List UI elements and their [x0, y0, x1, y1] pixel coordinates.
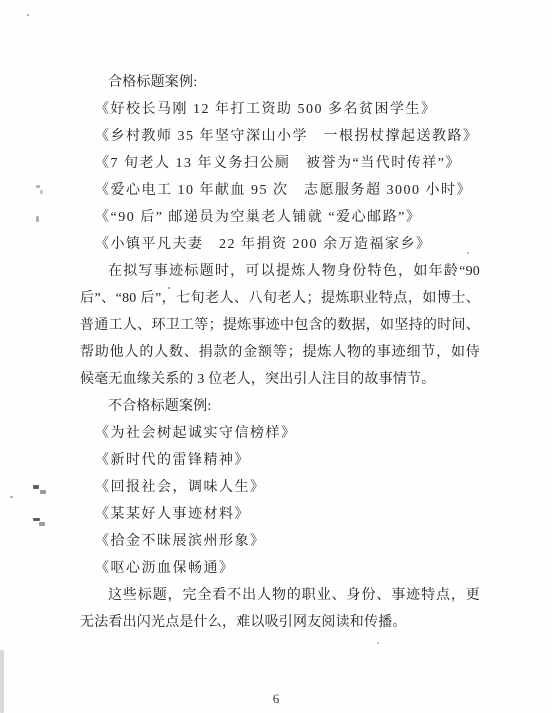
scan-speckle: [27, 14, 29, 16]
scan-speckle: [0, 650, 4, 713]
qualified-example-title-2: 《乡村教师 35 年坚守深山小学 一根拐杖撑起送教路》: [80, 123, 480, 150]
qualified-example-title-3: 《7 旬老人 13 年义务扫公厕 被誉为“当代时传祥”》: [80, 150, 480, 177]
heading-unqualified-title-examples: 不合格标题案例:: [80, 393, 480, 420]
closing-paragraph-line-2: 无法看出闪光点是什么，难以吸引网友阅读和传播。: [80, 609, 480, 636]
unqualified-example-title-5: 《拾金不昧展滨州形象》: [80, 528, 480, 555]
closing-paragraph-line-1: 这些标题，完全看不出人物的职业、身份、事迹特点，更: [80, 582, 480, 609]
scan-speckle: [40, 490, 46, 494]
qualified-example-title-6: 《小镇平凡夫妻 22 年捐资 200 余万造福家乡》: [80, 231, 480, 258]
unqualified-example-title-6: 《呕心沥血保畅通》: [80, 555, 480, 582]
scan-speckle: [10, 496, 13, 498]
scan-speckle: [168, 287, 170, 289]
document-text-block: 合格标题案例: 《好校长马刚 12 年打工资助 500 多名贫困学生》 《乡村教…: [80, 69, 480, 636]
scan-speckle: [33, 518, 40, 521]
scan-speckle: [40, 190, 43, 194]
qualified-example-title-5: 《“90 后” 邮递员为空巢老人铺就 “爱心邮路”》: [80, 204, 480, 231]
qualified-example-title-1: 《好校长马刚 12 年打工资助 500 多名贫困学生》: [80, 96, 480, 123]
scan-speckle: [377, 642, 379, 644]
unqualified-example-title-2: 《新时代的雷锋精神》: [80, 447, 480, 474]
paragraph-line-2: 后”、“80 后”，七旬老人、八旬老人；提炼职业特点，如博士、: [80, 285, 480, 312]
page-number: 6: [0, 691, 552, 707]
unqualified-example-title-4: 《某某好人事迹材料》: [80, 501, 480, 528]
qualified-example-title-4: 《爱心电工 10 年献血 95 次 志愿服务超 3000 小时》: [80, 177, 480, 204]
heading-qualified-title-examples: 合格标题案例:: [80, 69, 480, 96]
unqualified-example-title-1: 《为社会树起诚实守信榜样》: [80, 420, 480, 447]
scan-speckle: [467, 252, 469, 254]
paragraph-line-3: 普通工人、环卫工等；提炼事迹中包含的数据，如坚持的时间、: [80, 312, 480, 339]
paragraph-line-4: 帮助他人的人数、捐款的金额等；提炼人物的事迹细节，如侍: [80, 339, 480, 366]
paragraph-line-5: 候毫无血缘关系的 3 位老人，突出引人注目的故事情节。: [80, 366, 480, 393]
scan-speckle: [36, 185, 40, 188]
unqualified-example-title-3: 《回报社会，调味人生》: [80, 474, 480, 501]
scanned-document-page: 合格标题案例: 《好校长马刚 12 年打工资助 500 多名贫困学生》 《乡村教…: [0, 0, 552, 713]
scan-speckle: [33, 485, 39, 489]
paragraph-line-1: 在拟写事迹标题时，可以提炼人物身份特色，如年龄“90: [80, 258, 480, 285]
scan-speckle: [36, 216, 39, 222]
scan-speckle: [39, 522, 45, 526]
